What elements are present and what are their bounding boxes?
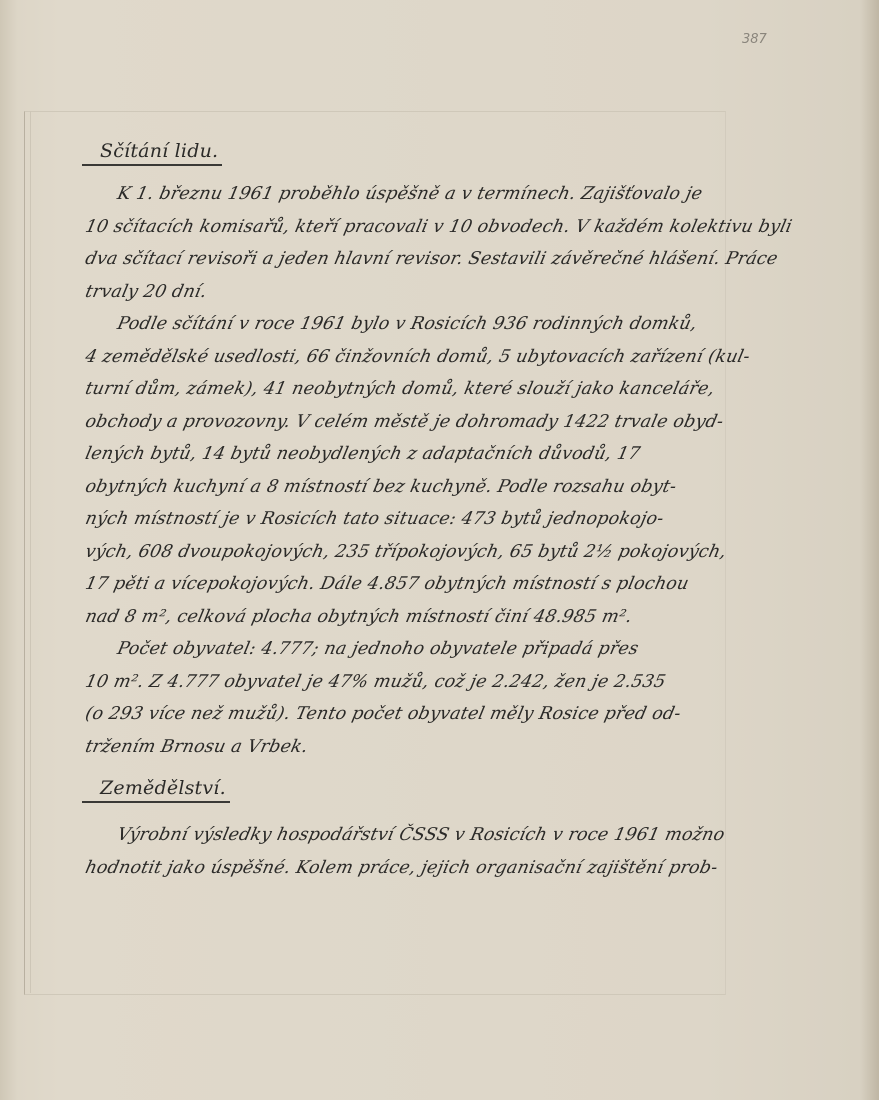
paragraph-housing: Podle sčítání v roce 1961 bylo v Rosicíc…	[82, 308, 742, 633]
page-number: 387	[742, 32, 767, 47]
text-line: vých, 608 dvoupokojových, 235 třípokojov…	[82, 536, 749, 569]
margin-line	[30, 111, 31, 993]
text-line: obchody a provozovny. V celém městě je d…	[82, 406, 749, 439]
text-line: Výrobní výsledky hospodářství ČSSS v Ros…	[82, 819, 749, 852]
text-line: tržením Brnosu a Vrbek.	[82, 731, 749, 764]
paragraph-population: Počet obyvatel: 4.777; na jednoho obyvat…	[82, 633, 742, 763]
section-heading-agriculture: Zemědělství.	[82, 777, 230, 803]
text-line: 10 sčítacích komisařů, kteří pracovali v…	[82, 211, 749, 244]
text-line: nad 8 m², celková plocha obytných místno…	[82, 601, 749, 634]
paragraph-agriculture: Výrobní výsledky hospodářství ČSSS v Ros…	[82, 819, 742, 884]
text-line: ných místností je v Rosicích tato situac…	[82, 503, 749, 536]
handwritten-text-body: Sčítání lidu. K 1. březnu 1961 proběhlo …	[82, 140, 742, 884]
text-line: obytných kuchyní a 8 místností bez kuchy…	[82, 471, 749, 504]
text-line: lených bytů, 14 bytů neobydlených z adap…	[82, 438, 749, 471]
text-line: dva sčítací revisoři a jeden hlavní revi…	[82, 243, 749, 276]
text-line: hodnotit jako úspěšné. Kolem práce, jeji…	[82, 852, 749, 885]
paragraph-census-intro: K 1. březnu 1961 proběhlo úspěšně a v te…	[82, 178, 742, 308]
text-line: Podle sčítání v roce 1961 bylo v Rosicíc…	[82, 308, 749, 341]
text-line: turní dům, zámek), 41 neobytných domů, k…	[82, 373, 749, 406]
section-heading-census: Sčítání lidu.	[82, 140, 222, 166]
text-line: K 1. březnu 1961 proběhlo úspěšně a v te…	[82, 178, 749, 211]
text-line: (o 293 více než mužů). Tento počet obyva…	[82, 698, 749, 731]
text-line: 4 zemědělské usedlosti, 66 činžovních do…	[82, 341, 749, 374]
chronicle-page: 387 Sčítání lidu. K 1. březnu 1961 probě…	[0, 0, 879, 1100]
text-line: 17 pěti a vícepokojových. Dále 4.857 oby…	[82, 568, 749, 601]
text-line: trvaly 20 dní.	[82, 276, 749, 309]
text-line: Počet obyvatel: 4.777; na jednoho obyvat…	[82, 633, 749, 666]
text-line: 10 m². Z 4.777 obyvatel je 47% mužů, což…	[82, 666, 749, 699]
